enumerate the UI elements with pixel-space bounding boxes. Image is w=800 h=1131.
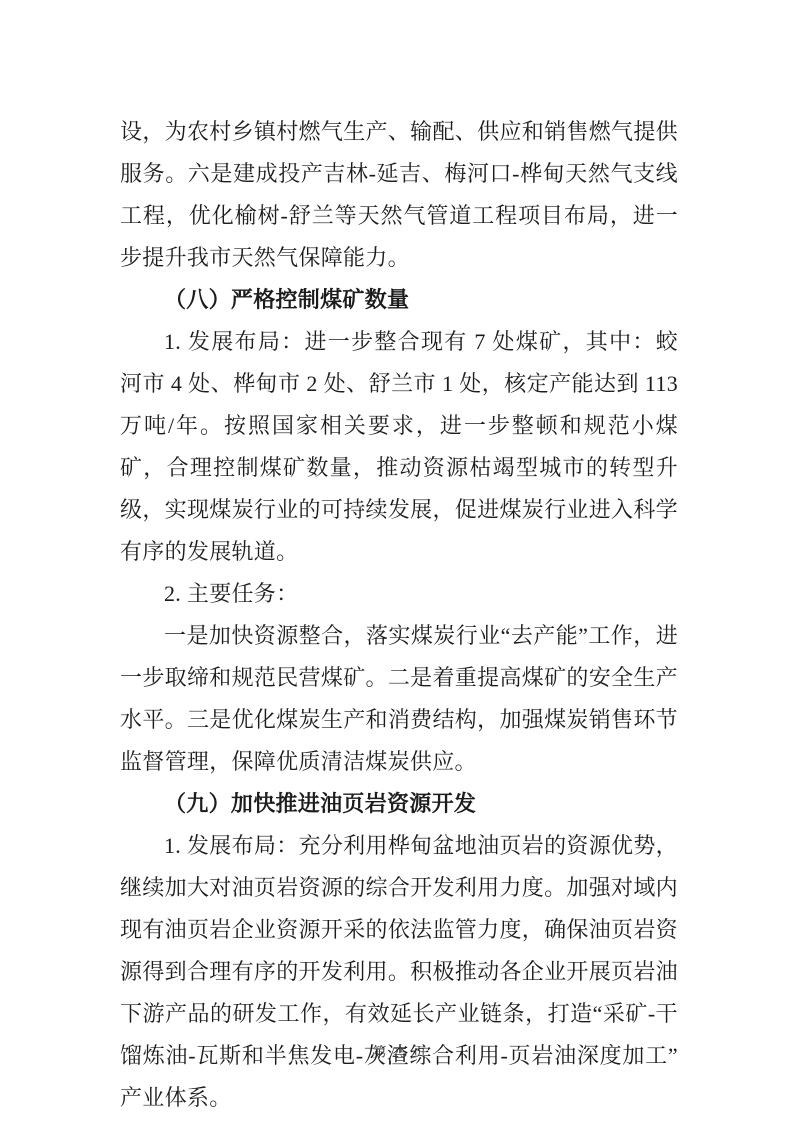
page-footer: 第 25 页 <box>0 1042 800 1062</box>
section-heading: （八）严格控制煤矿数量 <box>120 279 678 321</box>
paragraph: 2. 主要任务： <box>120 573 678 615</box>
paragraph: 1. 发展布局：充分利用桦甸盆地油页岩的资源优势，继续加大对油页岩资源的综合开发… <box>120 825 678 1119</box>
document-body: 设，为农村乡镇村燃气生产、输配、供应和销售燃气提供服务。六是建成投产吉林-延吉、… <box>120 111 678 1119</box>
section-heading: （九）加快推进油页岩资源开发 <box>120 783 678 825</box>
page-number: 第 25 页 <box>373 1046 428 1061</box>
paragraph: 1. 发展布局：进一步整合现有 7 处煤矿，其中：蛟河市 4 处、桦甸市 2 处… <box>120 321 678 573</box>
paragraph: 设，为农村乡镇村燃气生产、输配、供应和销售燃气提供服务。六是建成投产吉林-延吉、… <box>120 111 678 279</box>
document-page: 设，为农村乡镇村燃气生产、输配、供应和销售燃气提供服务。六是建成投产吉林-延吉、… <box>0 0 800 1131</box>
paragraph: 一是加快资源整合，落实煤炭行业“去产能”工作，进一步取缔和规范民营煤矿。二是着重… <box>120 615 678 783</box>
